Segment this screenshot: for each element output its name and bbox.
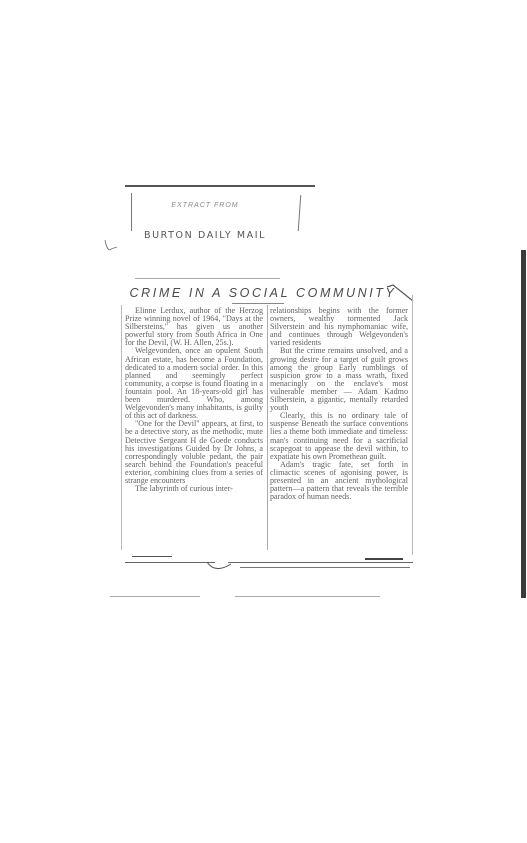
paragraph: But the crime remains unsolved, and a gr… [270, 347, 408, 412]
headline-top-rule [135, 278, 280, 279]
newspaper-name: BURTON DAILY MAIL [120, 230, 290, 241]
scan-edge [521, 250, 526, 598]
extract-label: EXTRACT FROM [120, 202, 290, 209]
curve-mark [205, 560, 235, 574]
headline: CRIME IN A SOCIAL COMMUNITY [128, 286, 398, 300]
paragraph: Welgevonden, once an opulent South Afric… [125, 347, 263, 420]
bottom-rule-1 [125, 562, 215, 563]
frame-left-line [131, 193, 132, 231]
bottom-faint-rule-right [235, 596, 380, 597]
bottom-rule-3 [240, 567, 410, 568]
right-border [412, 295, 413, 555]
paragraph: "One for the Devil" appears, at first, t… [125, 420, 263, 485]
paragraph: The labyrinth of curious inter- [125, 485, 263, 493]
left-border [121, 305, 122, 550]
paragraph: relationships begins with the former own… [270, 307, 408, 347]
right-column: relationships begins with the former own… [270, 307, 408, 501]
headline-underline [232, 303, 284, 304]
paragraph: Clearly, this is no ordinary tale of sus… [270, 412, 408, 461]
frame-right-line [298, 195, 302, 231]
column-divider [267, 305, 268, 550]
end-mark-right [365, 558, 403, 560]
bottom-rule-2 [228, 562, 413, 563]
paragraph: Adam's tragic fate, set forth in climact… [270, 461, 408, 501]
top-rule [125, 185, 315, 187]
paragraph: Elinne Lerdux, author of the Herzog Priz… [125, 307, 263, 347]
left-column: Elinne Lerdux, author of the Herzog Priz… [125, 307, 263, 493]
corner-tear-mark [385, 283, 415, 305]
check-mark-icon [103, 238, 119, 254]
end-mark-left [132, 556, 172, 557]
bottom-faint-rule-left [110, 596, 200, 597]
